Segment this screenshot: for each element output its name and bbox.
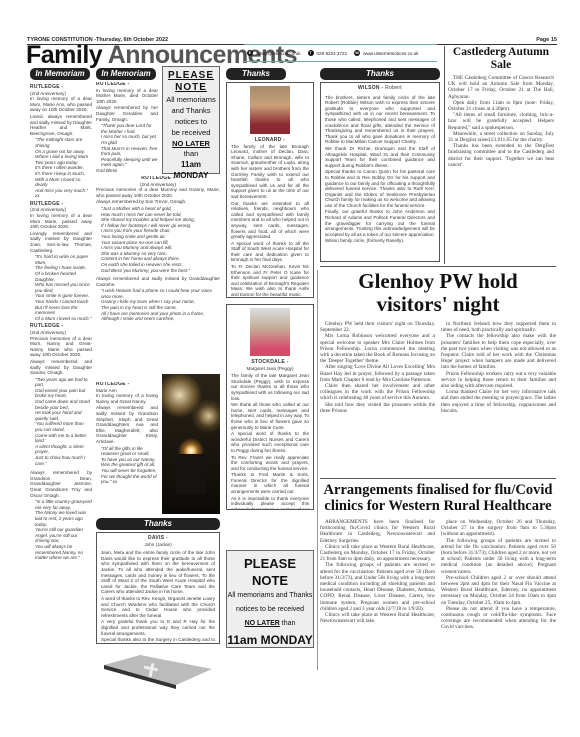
leonard-photo (250, 86, 290, 134)
section-header-in-memoriam-2: In Memoriam (96, 68, 156, 80)
section-header-in-memoriam: In Memoriam (30, 68, 90, 80)
memoriam-column-2-lower: RUTLEDGE - Marie Ann In loving memory of… (96, 382, 158, 512)
verse: "Two years ago we had to part,God eased … (30, 377, 92, 467)
castlederg-body: THE Castlederg Committee of Cancer Resea… (448, 75, 554, 168)
davis-notice: DAVIS - John (Jackie) Jean, Meta and the… (96, 532, 220, 644)
candle-shape (176, 454, 206, 494)
verse: "The midnight stars are shiningOn a grav… (30, 137, 92, 199)
web-icon: W (354, 50, 360, 56)
stockdale-notice: STOCKDALE - Margaret Jean (Peggy) The fa… (226, 304, 314, 510)
memoriam-column-2-top: RUTLEDGE - In loving memory of a dear Mo… (96, 82, 158, 174)
column-divider (444, 46, 445, 264)
stockdale-photo (250, 308, 290, 356)
leonard-notice: LEONARD - The family of the late Bronagh… (226, 82, 314, 298)
section-header-thanks: Thanks (96, 518, 220, 530)
memoriam-column-1: RUTLEDGE - (2nd Anniversary) In loving m… (30, 82, 92, 662)
verse: "In a little country graveyard not very … (30, 499, 92, 561)
flu-article: Arrangements finalised for flu/Covid cli… (320, 482, 556, 631)
wilson-notice: WILSON - Robert The brothers, sisters an… (320, 82, 440, 262)
contact-bar: E ads@tyronecon.co.uk T 028 8224 3721 W … (244, 44, 437, 62)
section-divider (320, 266, 556, 267)
candle-image (162, 374, 220, 514)
section-divider-2 (320, 478, 556, 479)
phone-icon: T (308, 50, 314, 56)
please-note-box-wide: PLEASE NOTE All memoriams and Thanks not… (226, 550, 314, 648)
castlederg-article: Castlederg Autumn Sale THE Castlederg Co… (448, 46, 554, 168)
glenhoy-article: Glenhoy PW hold visitors' night Glenhoy … (320, 270, 556, 414)
page-number: Page 15 (536, 37, 557, 43)
column-divider-2 (317, 270, 318, 670)
section-header-thanks-3: Thanks (320, 68, 440, 80)
email-link[interactable]: ads@tyronecon.co.uk (256, 51, 301, 56)
section-header-thanks-2: Thanks (226, 68, 286, 80)
web-link[interactable]: www.ulsternetnotices.co.uk (363, 51, 418, 56)
please-note-box: PLEASE NOTE All memoriams and Thanks not… (162, 66, 220, 174)
flu-headline: Arrangements finalised for flu/Covid cli… (320, 482, 556, 514)
bible-icon (100, 655, 216, 689)
email-icon: E (247, 50, 253, 56)
verse: "It's hard to write on paper Mum,The fee… (30, 254, 92, 321)
memoriam-column-2-wide: RUTLEDGE - (2nd Anniversary) Precious me… (96, 176, 220, 322)
castlederg-headline: Castlederg Autumn Sale (448, 46, 554, 71)
glenhoy-headline: Glenhoy PW hold visitors' night (320, 270, 556, 316)
phone-number[interactable]: 028 8224 3721 (317, 51, 348, 56)
